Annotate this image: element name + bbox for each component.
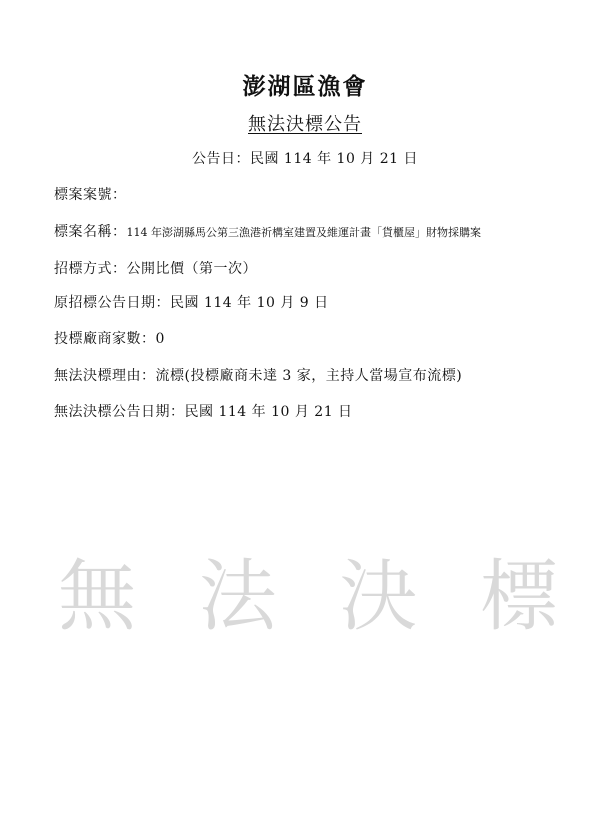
field-failure-announce-date: 無法決標公告日期：民國 114 年 10 月 21 日 (54, 401, 353, 421)
field-failure-reason: 無法決標理由：流標(投標廠商未達 3 家，主持人當場宣布流標) (54, 365, 462, 385)
field-label: 無法決標理由： (54, 368, 156, 384)
field-case-name: 標案名稱：114 年澎湖縣馬公第三漁港祈構室建置及維運計畫「貨櫃屋」財物採購案 (54, 221, 481, 241)
watermark-char: 標 (480, 558, 558, 636)
field-value: 民國 114 年 10 月 9 日 (170, 295, 329, 311)
field-label: 標案案號： (54, 187, 127, 203)
field-value: 0 (156, 331, 165, 347)
field-value: 公開比價（第一次） (127, 261, 258, 277)
field-case-number: 標案案號： (54, 184, 127, 204)
document-page: 澎湖區漁會 無法決標公告 公告日：民國 114 年 10 月 21 日 標案案號… (0, 0, 610, 831)
organization-title: 澎湖區漁會 (0, 68, 610, 101)
field-label: 投標廠商家數： (54, 331, 156, 347)
field-tender-method: 招標方式：公開比價（第一次） (54, 258, 257, 278)
field-value: 流標(投標廠商未達 3 家，主持人當場宣布流標) (156, 368, 463, 384)
watermark-char: 無 (58, 558, 136, 636)
field-original-announce-date: 原招標公告日期：民國 114 年 10 月 9 日 (54, 292, 329, 312)
watermark: 無 法 決 標 (58, 552, 558, 642)
watermark-char: 決 (339, 558, 417, 636)
field-value: 民國 114 年 10 月 21 日 (185, 404, 353, 420)
field-label: 無法決標公告日期： (54, 404, 185, 420)
field-label: 原招標公告日期： (54, 295, 170, 311)
document-title: 無法決標公告 (0, 110, 610, 136)
field-value: 114 年澎湖縣馬公第三漁港祈構室建置及維運計畫「貨櫃屋」財物採購案 (127, 226, 482, 239)
announce-date: 公告日：民國 114 年 10 月 21 日 (0, 148, 610, 168)
field-bidder-count: 投標廠商家數：0 (54, 328, 165, 348)
document-title-text: 無法決標公告 (248, 114, 362, 135)
field-label: 招標方式： (54, 261, 127, 277)
watermark-char: 法 (199, 558, 277, 636)
field-label: 標案名稱： (54, 224, 127, 240)
